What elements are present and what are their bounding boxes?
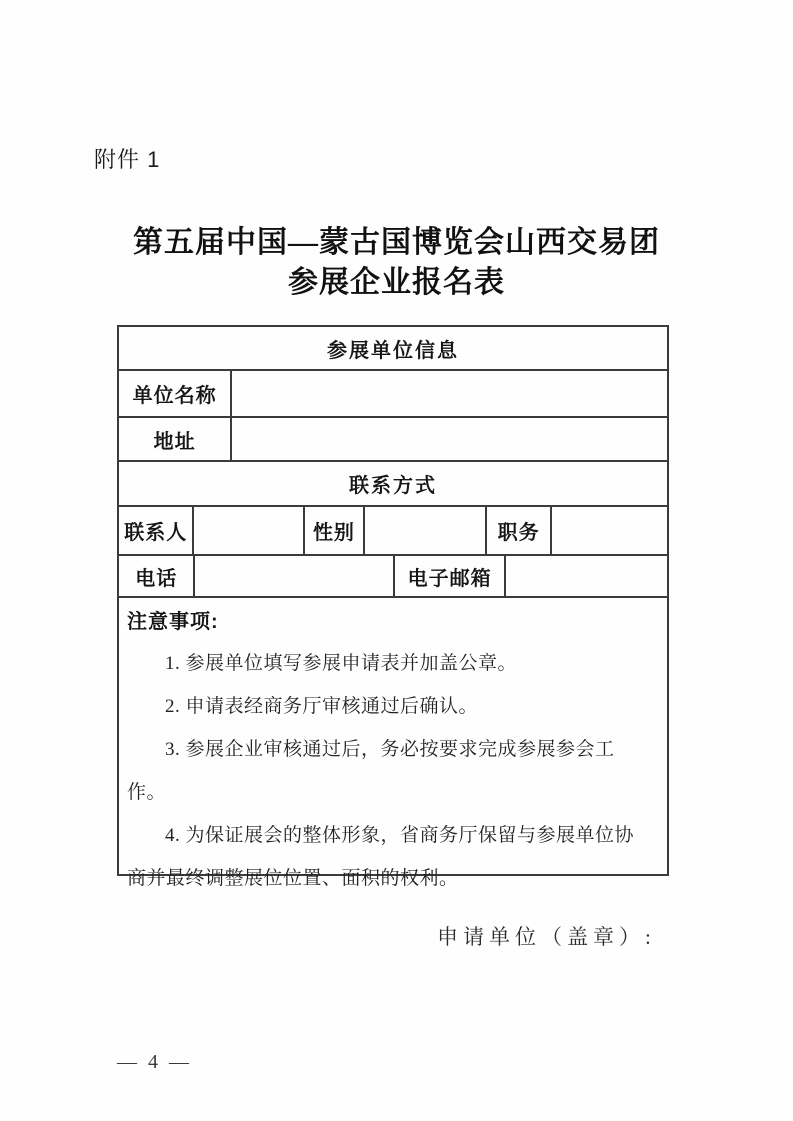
section-header-unit-info: 参展单位信息 [119, 327, 667, 369]
position-label: 职务 [485, 507, 550, 554]
row-phone-email: 电话 电子邮箱 [119, 554, 667, 596]
notes-section: 注意事项: 1. 参展单位填写参展申请表并加盖公章。 2. 申请表经商务厅审核通… [119, 596, 667, 874]
section-row-contact: 联系方式 [119, 460, 667, 505]
page-number: — 4 — [117, 1051, 192, 1074]
note-item-1: 1. 参展单位填写参展申请表并加盖公章。 [127, 642, 641, 685]
note-item-2: 2. 申请表经商务厅审核通过后确认。 [127, 685, 641, 728]
email-label: 电子邮箱 [393, 556, 504, 596]
note-item-4: 4. 为保证展会的整体形象，省商务厅保留与参展单位协商并最终调整展位位置、面积的… [127, 814, 641, 900]
section-header-contact: 联系方式 [119, 462, 667, 505]
unit-name-value-cell [230, 371, 667, 416]
phone-label: 电话 [119, 556, 193, 596]
phone-value-cell [193, 556, 393, 596]
contact-person-value-cell [192, 507, 302, 554]
document-page: 附件 1 第五届中国—蒙古国博览会山西交易团 参展企业报名表 参展单位信息 单位… [0, 0, 793, 1121]
note-item-3: 3. 参展企业审核通过后，务必按要求完成参展参会工作。 [127, 728, 641, 814]
row-unit-name: 单位名称 [119, 369, 667, 416]
email-value-cell [504, 556, 667, 596]
contact-person-label: 联系人 [119, 507, 192, 554]
document-title-line2: 参展企业报名表 [0, 263, 793, 303]
unit-name-label: 单位名称 [119, 371, 230, 416]
document-title: 第五届中国—蒙古国博览会山西交易团 参展企业报名表 [0, 223, 793, 303]
row-contact-person: 联系人 性别 职务 [119, 505, 667, 554]
section-row-unit-info: 参展单位信息 [119, 327, 667, 369]
gender-label: 性别 [303, 507, 364, 554]
address-label: 地址 [119, 418, 230, 460]
attachment-label: 附件 1 [94, 143, 160, 174]
document-title-line1: 第五届中国—蒙古国博览会山西交易团 [0, 223, 793, 263]
address-value-cell [230, 418, 667, 460]
position-value-cell [550, 507, 667, 554]
row-address: 地址 [119, 416, 667, 460]
registration-form-table: 参展单位信息 单位名称 地址 联系方式 联系人 性别 职务 电话 电子邮箱 [117, 325, 669, 876]
notes-header: 注意事项: [127, 608, 641, 636]
signature-line: 申请单位（盖章）: [437, 921, 656, 951]
gender-value-cell [363, 507, 485, 554]
